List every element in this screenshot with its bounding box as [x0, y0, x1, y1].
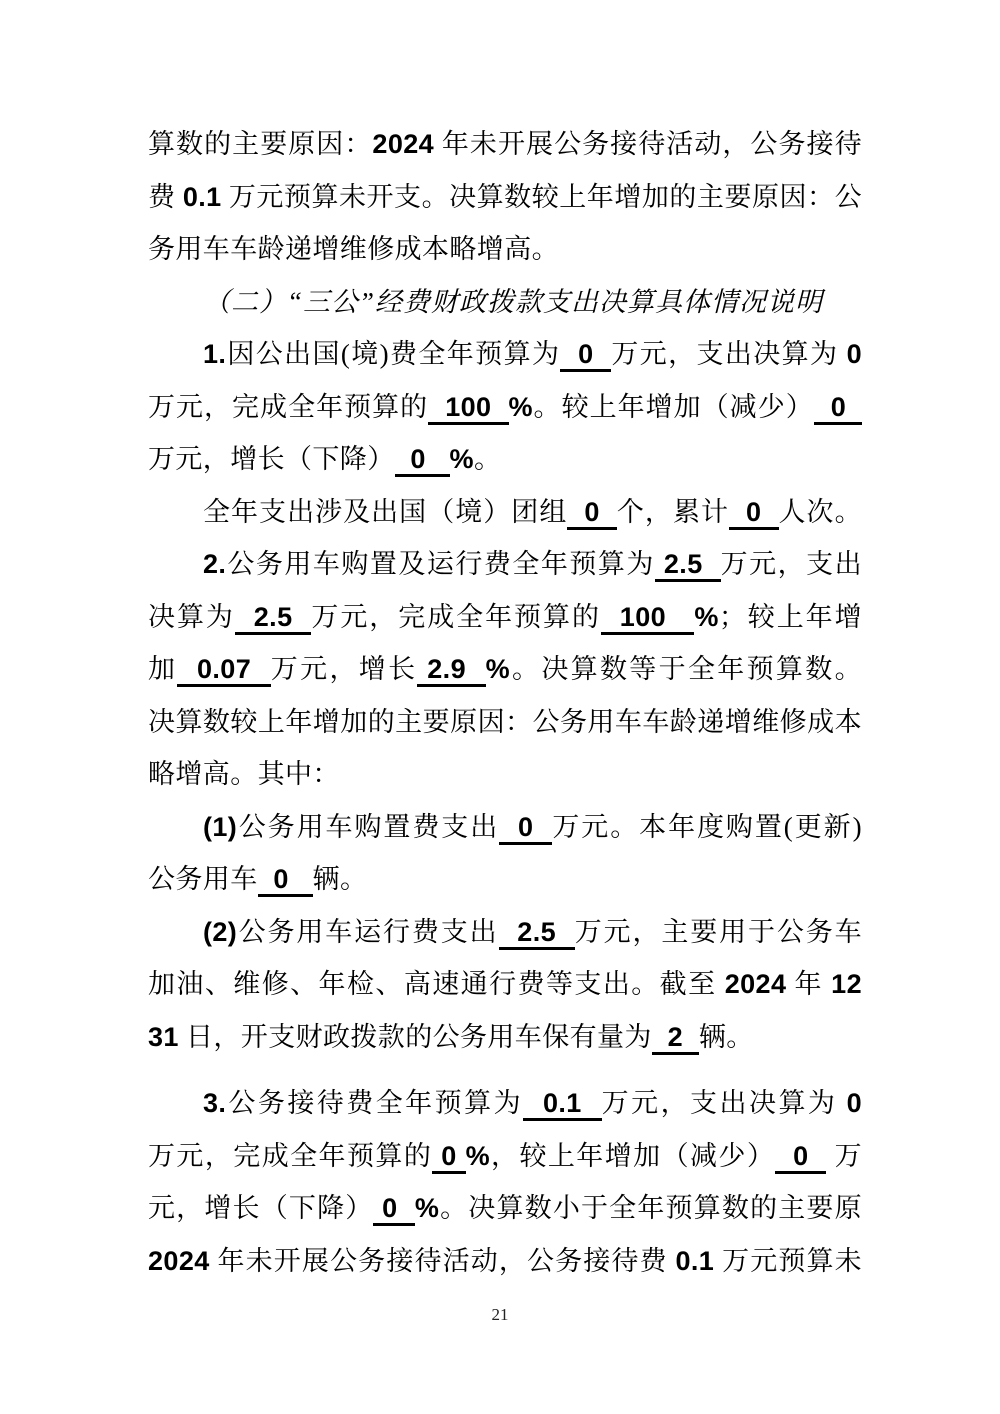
text-line: (1)公务用车购置费支出 0 万元。本年度购置(更新)	[148, 801, 862, 854]
fill-in-value: 2.5	[655, 549, 721, 582]
document-body: 算数的主要原因：2024 年未开展公务接待活动，公务接待费 0.1 万元预算未开…	[148, 118, 862, 1287]
text-line: 元，增长（下降） 0 %。决算数小于全年预算数的主要原因：	[148, 1182, 862, 1235]
text-run: 辆。	[313, 864, 368, 894]
fill-in-value: 2.9	[417, 654, 485, 687]
fill-in-value: 0	[729, 497, 779, 530]
text-line: 全年支出涉及出国（境）团组 0 个，累计 0 人次。	[148, 486, 862, 539]
text-run: 万元预算未开支。决算数较上年增加的主要原因：公	[222, 182, 862, 212]
text-run: 因公出国(境)费全年预算为	[226, 339, 560, 369]
page-footer: 21	[0, 1305, 1000, 1325]
text-run: （二）“三公”经费财政拨款支出决算具体情况说明	[203, 287, 823, 317]
text-run: 年未开展公务接待活动，公务接待费	[210, 1246, 676, 1276]
text-line: 加油、维修、年检、高速通行费等支出。截至 2024 年 12 月	[148, 958, 862, 1011]
numeric-run: 0.1	[675, 1246, 714, 1276]
numeric-run: 0	[847, 339, 862, 369]
fill-in-value: 2.5	[235, 602, 312, 635]
text-run: 万元，完成全年预算的	[148, 1141, 432, 1171]
text-run: ；较上年增	[719, 602, 862, 632]
section-heading: （二）“三公”经费财政拨款支出决算具体情况说明	[148, 276, 862, 329]
fill-in-value: 0	[814, 392, 862, 425]
text-run: 。决算数等于全年预算数。	[510, 654, 862, 684]
numeric-run: %	[509, 392, 533, 422]
text-run: 万元，支出决算为	[602, 1088, 847, 1118]
text-run: 算数的主要原因：	[148, 129, 372, 159]
text-line: 万元，增长（下降） 0 %。	[148, 433, 862, 486]
text-line: 算数的主要原因：2024 年未开展公务接待活动，公务接待	[148, 118, 862, 171]
fill-in-value: 0	[775, 1141, 826, 1174]
numeric-run: 2024	[725, 969, 787, 999]
text-run: 决算为	[148, 602, 235, 632]
text-run: 务用车车龄递增维修成本略增高。	[148, 234, 559, 264]
fill-in-value: 0	[567, 497, 617, 530]
text-run: 元，增长（下降）	[148, 1193, 373, 1223]
fill-in-value: 0	[395, 444, 450, 477]
text-line: 加 0.07 万元，增长 2.9 %。决算数等于全年预算数。	[148, 643, 862, 696]
text-run: 万元，完成全年预算的	[148, 392, 428, 422]
text-run: 个，累计	[617, 497, 729, 527]
fill-in-value: 2.5	[499, 917, 575, 950]
text-run: 。较上年增加（减少）	[533, 392, 814, 422]
text-line: 2024 年未开展公务接待活动，公务接待费 0.1 万元预算未开	[148, 1235, 862, 1288]
text-run: 万元，增长	[271, 654, 418, 684]
numeric-run: 1.	[203, 339, 226, 369]
text-run: 万元，支出	[721, 549, 862, 579]
text-run: 公务用车购置费支出	[237, 812, 499, 842]
numeric-run: (1)	[203, 812, 237, 842]
text-run: 公务用车购置及运行费全年预算为	[226, 549, 655, 579]
text-run: 万	[826, 1141, 862, 1171]
text-run: 辆。	[699, 1022, 754, 1052]
fill-in-value: 0.07	[177, 654, 270, 687]
numeric-run: %	[450, 444, 474, 474]
fill-in-value: 0	[258, 864, 313, 897]
document-page: 算数的主要原因：2024 年未开展公务接待活动，公务接待费 0.1 万元预算未开…	[0, 0, 1000, 1414]
text-run: 万元，支出决算为	[611, 339, 846, 369]
fill-in-value: 0	[373, 1193, 414, 1226]
text-line: 费 0.1 万元预算未开支。决算数较上年增加的主要原因：公	[148, 171, 862, 224]
numeric-run: 2024	[372, 129, 434, 159]
numeric-run: (2)	[203, 917, 237, 947]
text-line: 决算为 2.5 万元，完成全年预算的 100 %；较上年增	[148, 591, 862, 644]
text-run: 略增高。其中：	[148, 759, 340, 789]
fill-in-value: 0.1	[523, 1088, 602, 1121]
text-run: 加油、维修、年检、高速通行费等支出。截至	[148, 969, 725, 999]
text-run: 万元，增长（下降）	[148, 444, 395, 474]
text-line: 务用车车龄递增维修成本略增高。	[148, 223, 862, 276]
text-run: 年未开展公务接待活动，公务接待	[434, 129, 862, 159]
numeric-run: 12	[831, 969, 862, 999]
text-run: 公务用车	[148, 864, 258, 894]
numeric-run: 0.1	[183, 182, 222, 212]
text-line: 31 日，开支财政拨款的公务用车保有量为 2 辆。	[148, 1011, 862, 1064]
numeric-run: %	[415, 1193, 439, 1223]
text-line: 决算数较上年增加的主要原因：公务用车车龄递增维修成本	[148, 696, 862, 749]
text-line: 2.公务用车购置及运行费全年预算为 2.5 万元，支出	[148, 538, 862, 591]
fill-in-value: 0	[432, 1141, 465, 1174]
text-line: 1.因公出国(境)费全年预算为 0 万元，支出决算为 0	[148, 328, 862, 381]
text-run: 费	[148, 182, 183, 212]
numeric-run: %	[466, 1141, 490, 1171]
text-line: 略增高。其中：	[148, 748, 862, 801]
text-line: 万元，完成全年预算的 100 %。较上年增加（减少） 0	[148, 381, 862, 434]
numeric-run: %	[486, 654, 510, 684]
fill-in-value: 0	[499, 812, 552, 845]
text-run: 公务用车运行费支出	[237, 917, 498, 947]
numeric-run: 2.	[203, 549, 226, 579]
numeric-run: 2024	[148, 1246, 210, 1276]
text-run: 日，开支财政拨款的公务用车保有量为	[179, 1022, 652, 1052]
fill-in-value: 2	[652, 1022, 699, 1055]
fill-in-value: 0	[560, 339, 611, 372]
text-run: 决算数较上年增加的主要原因：公务用车车龄递增维修成本	[148, 707, 862, 737]
text-line: 万元，完成全年预算的 0 %，较上年增加（减少） 0 万	[148, 1130, 862, 1183]
numeric-run: 3.	[203, 1088, 226, 1118]
text-run: 公务接待费全年预算为	[226, 1088, 523, 1118]
numeric-run: 0	[847, 1088, 862, 1118]
text-run: 加	[148, 654, 177, 684]
text-line: 3.公务接待费全年预算为 0.1 万元，支出决算为 0	[148, 1077, 862, 1130]
fill-in-value: 100	[601, 602, 695, 635]
page-number: 21	[492, 1305, 509, 1324]
text-run: ，较上年增加（减少）	[490, 1141, 775, 1171]
text-run: 万元，完成全年预算的	[311, 602, 601, 632]
text-line: 公务用车 0 辆。	[148, 853, 862, 906]
text-line: (2)公务用车运行费支出 2.5 万元，主要用于公务车	[148, 906, 862, 959]
numeric-run: 31	[148, 1022, 179, 1052]
fill-in-value: 100	[428, 392, 508, 425]
text-run: 万元，主要用于公务车	[575, 917, 862, 947]
text-run: 全年支出涉及出国（境）团组	[203, 497, 567, 527]
numeric-run: %	[694, 602, 718, 632]
text-run: 年	[786, 969, 831, 999]
text-run: 万元。本年度购置(更新)	[552, 812, 862, 842]
text-run: 人次。	[779, 497, 862, 527]
text-run: 。	[474, 444, 501, 474]
